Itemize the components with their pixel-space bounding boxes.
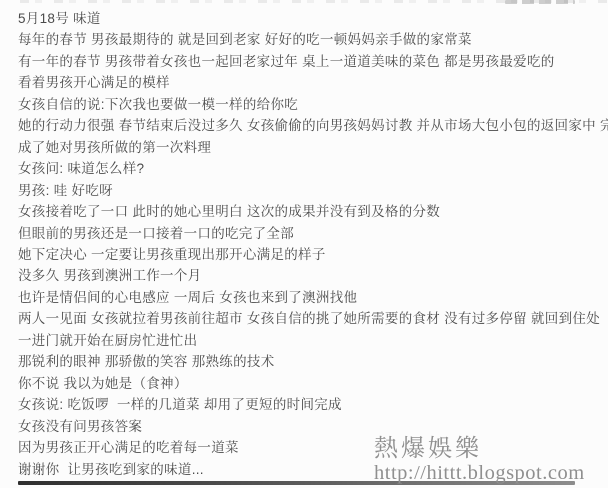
watermark-site-name: 熱爆娛樂 xyxy=(374,437,585,461)
text-screenshot-page: 5月18号 味道 每年的春节 男孩最期待的 就是回到老家 好好的吃一顿妈妈亲手做… xyxy=(0,0,608,488)
clipped-text-remnant-right xyxy=(505,0,575,4)
text-line: 一进门就开始在厨房忙进忙出 xyxy=(18,330,602,351)
text-line-date-title: 5月18号 味道 xyxy=(18,8,602,29)
watermark-site-url: http://hittt.blogspot.com xyxy=(374,463,585,484)
text-line: 你不说 我以为她是（食神） xyxy=(18,373,602,394)
text-line: 但眼前的男孩还是一口接着一口的吃完了全部 xyxy=(18,223,602,244)
text-line: 那锐利的眼神 那骄傲的笑容 那熟练的技术 xyxy=(18,351,602,372)
text-line: 两人一见面 女孩就拉着男孩前往超市 女孩自信的挑了她所需要的食材 没有过多停留 … xyxy=(18,308,602,329)
text-line: 没多久 男孩到澳洲工作一个月 xyxy=(18,265,602,286)
text-line: 每年的春节 男孩最期待的 就是回到老家 好好的吃一顿妈妈亲手做的家常菜 xyxy=(18,29,602,50)
text-line: 她的行动力很强 春节结束后没过多久 女孩偷偷的向男孩妈妈讨教 并从市场大包小包的… xyxy=(18,115,602,136)
text-line: 男孩: 哇 好吃呀 xyxy=(18,180,602,201)
text-line: 她下定决心 一定要让男孩重现出那开心满足的样子 xyxy=(18,244,602,265)
text-line: 有一年的春节 男孩带着女孩也一起回老家过年 桌上一道道美味的菜色 都是男孩最爱吃… xyxy=(18,51,602,72)
text-line: 看着男孩开心满足的模样 xyxy=(18,72,602,93)
text-line: 女孩说: 吃饭啰 一样的几道菜 却用了更短的时间完成 xyxy=(18,394,602,415)
text-line: 成了她对男孩所做的第一次料理 xyxy=(18,137,602,158)
watermark: 熱爆娛樂 http://hittt.blogspot.com xyxy=(374,437,585,484)
article-text: 5月18号 味道 每年的春节 男孩最期待的 就是回到老家 好好的吃一顿妈妈亲手做… xyxy=(18,8,602,480)
text-line: 女孩接着吃了一口 此时的她心里明白 这次的成果并没有到及格的分数 xyxy=(18,201,602,222)
text-line: 女孩没有问男孩答案 xyxy=(18,416,602,437)
text-line: 女孩问: 味道怎么样? xyxy=(18,158,602,179)
text-line: 女孩自信的说:下次我也要做一模一样的给你吃 xyxy=(18,94,602,115)
text-line: 也许是情侣间的心电感应 一周后 女孩也来到了澳洲找他 xyxy=(18,287,602,308)
